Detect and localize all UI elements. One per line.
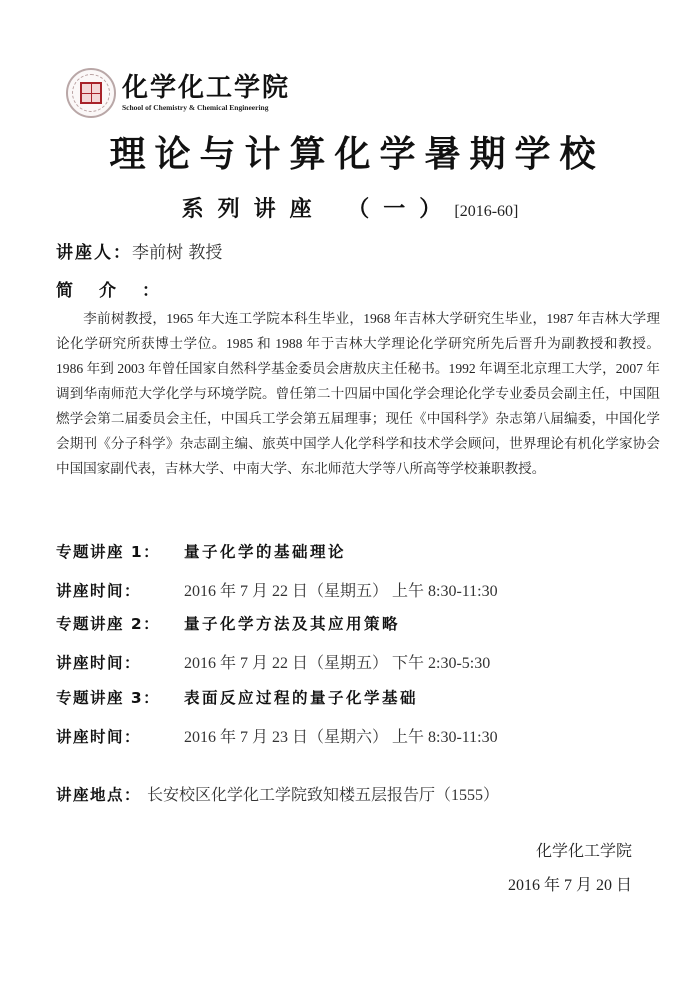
speaker-label: 讲座人： bbox=[56, 243, 132, 263]
lecture-1-topic: 量子化学的基础理论 bbox=[184, 540, 346, 562]
lecture-3-time-label: 讲座时间： bbox=[56, 725, 184, 747]
lecture-1-time: 2016 年 7 月 22 日（星期五） 上午 8:30-11:30 bbox=[184, 578, 498, 601]
page-title: 理论与计算化学暑期学校 bbox=[0, 132, 700, 176]
school-name-en: School of Chemistry & Chemical Engineeri… bbox=[122, 103, 290, 113]
lecture-2-topic-label: 专题讲座 2： bbox=[56, 612, 184, 634]
lecture-2-time-row: 讲座时间： 2016 年 7 月 22 日（星期五） 下午 2:30-5:30 bbox=[56, 650, 490, 673]
venue-value: 长安校区化学化工学院致知楼五层报告厅（1555） bbox=[147, 782, 499, 805]
speaker-row: 讲座人：李前树 教授 bbox=[56, 238, 222, 263]
school-seal-icon bbox=[66, 68, 116, 118]
signature-date: 2016 年 7 月 20 日 bbox=[508, 872, 632, 895]
series-name: 系列讲座 （一） bbox=[182, 196, 456, 222]
lecture-1-topic-row: 专题讲座 1： 量子化学的基础理论 bbox=[56, 540, 346, 562]
school-logo-text: 化学化工学院 School of Chemistry & Chemical En… bbox=[122, 73, 290, 113]
signature-org: 化学化工学院 bbox=[536, 838, 632, 861]
intro-label: 简介： bbox=[56, 281, 185, 301]
lecture-3-topic-label: 专题讲座 3： bbox=[56, 686, 184, 708]
lecture-2-topic-row: 专题讲座 2： 量子化学方法及其应用策略 bbox=[56, 612, 400, 634]
lecture-3-topic: 表面反应过程的量子化学基础 bbox=[184, 686, 418, 708]
lecture-1-time-row: 讲座时间： 2016 年 7 月 22 日（星期五） 上午 8:30-11:30 bbox=[56, 578, 498, 601]
speaker-bio: 李前树教授，1965 年大连工学院本科生毕业，1968 年吉林大学研究生毕业，1… bbox=[56, 306, 660, 481]
document-code: [2016-60] bbox=[454, 203, 518, 220]
lecture-2-topic: 量子化学方法及其应用策略 bbox=[184, 612, 400, 634]
seal-emblem bbox=[80, 82, 102, 104]
speaker-name: 李前树 教授 bbox=[132, 243, 222, 263]
venue-row: 讲座地点： 长安校区化学化工学院致知楼五层报告厅（1555） bbox=[56, 782, 499, 805]
venue-label: 讲座地点： bbox=[56, 783, 141, 805]
school-name-cn: 化学化工学院 bbox=[122, 73, 290, 103]
intro-row: 简介： bbox=[56, 276, 185, 301]
lecture-2-time: 2016 年 7 月 22 日（星期五） 下午 2:30-5:30 bbox=[184, 650, 490, 673]
lecture-2-time-label: 讲座时间： bbox=[56, 651, 184, 673]
lecture-3-time: 2016 年 7 月 23 日（星期六） 上午 8:30-11:30 bbox=[184, 724, 498, 747]
lecture-1-topic-label: 专题讲座 1： bbox=[56, 540, 184, 562]
series-subtitle: 系列讲座 （一） [2016-60] bbox=[0, 194, 700, 227]
lecture-1-time-label: 讲座时间： bbox=[56, 579, 184, 601]
lecture-3-time-row: 讲座时间： 2016 年 7 月 23 日（星期六） 上午 8:30-11:30 bbox=[56, 724, 498, 747]
school-header: 化学化工学院 School of Chemistry & Chemical En… bbox=[66, 68, 290, 118]
lecture-3-topic-row: 专题讲座 3： 表面反应过程的量子化学基础 bbox=[56, 686, 418, 708]
